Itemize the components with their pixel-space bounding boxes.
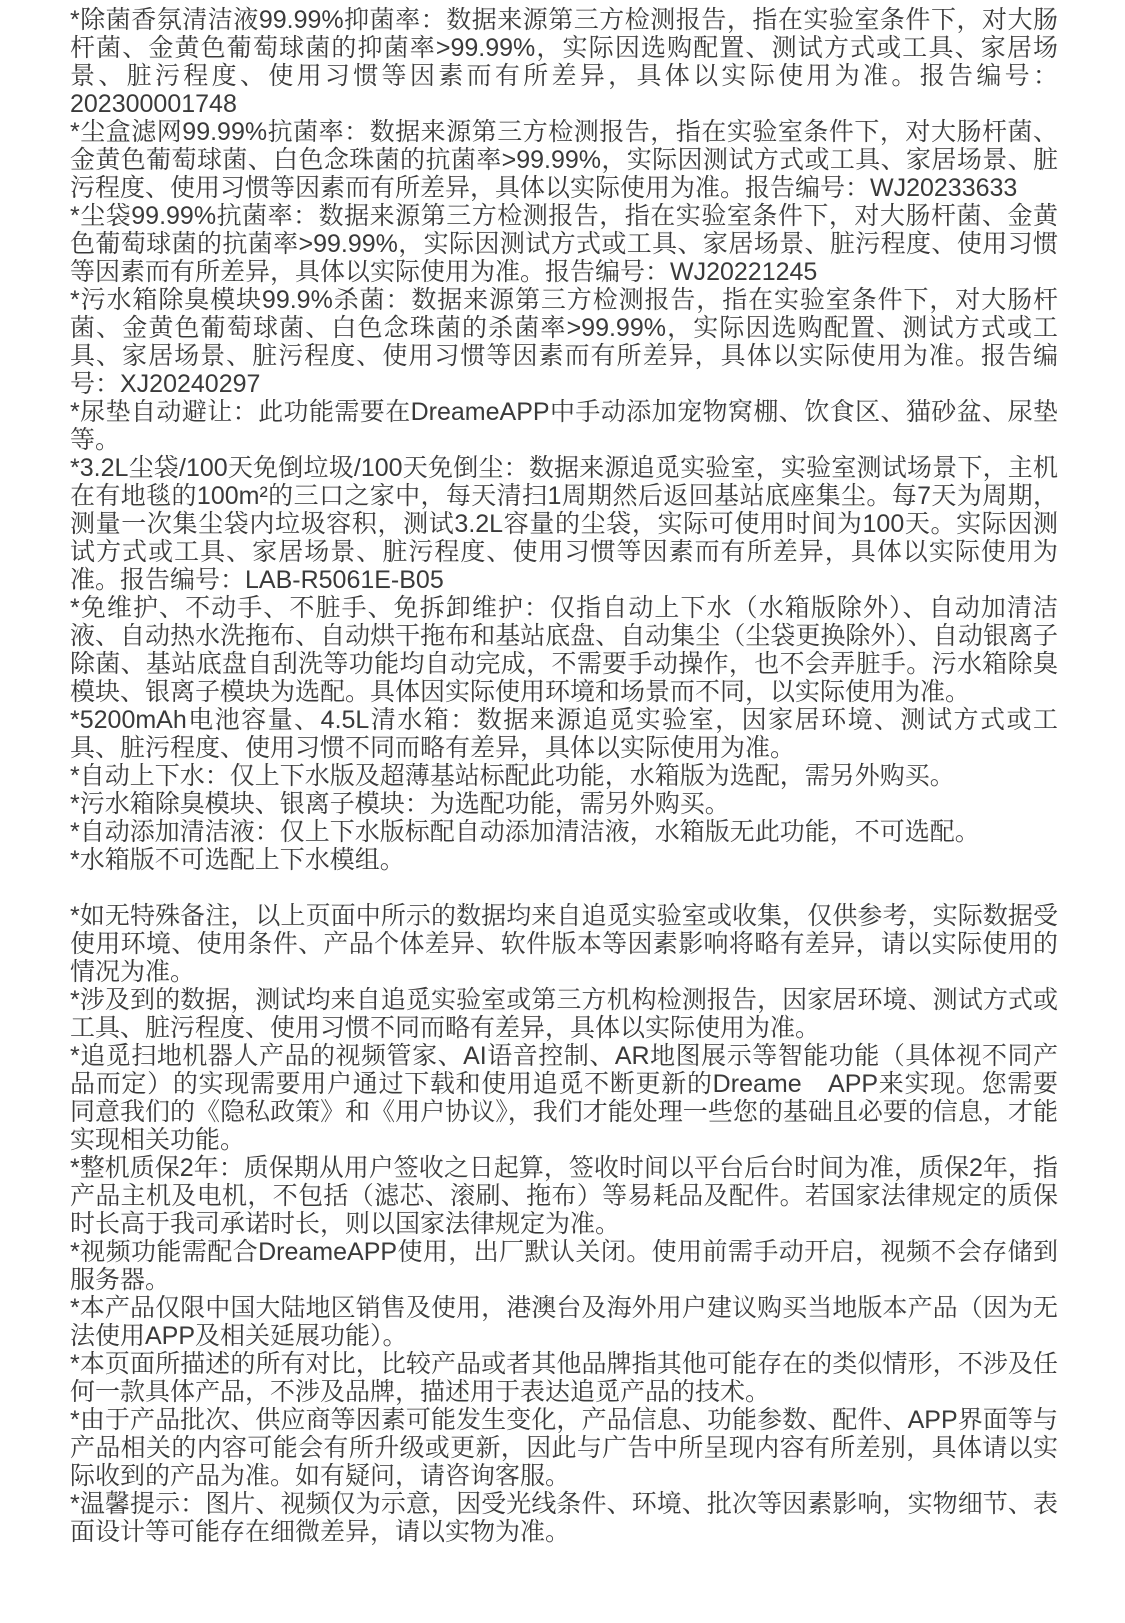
disclaimer-paragraph: *3.2L尘袋/100天免倒垃圾/100天免倒尘：数据来源追觅实验室，实验室测试… [70, 454, 1058, 594]
disclaimer-paragraph: *自动添加清洁液：仅上下水版标配自动添加清洁液，水箱版无此功能，不可选配。 [70, 818, 1058, 846]
disclaimer-section-product-claims: *除菌香氛清洁液99.99%抑菌率：数据来源第三方检测报告，指在实验室条件下，对… [70, 6, 1058, 874]
disclaimer-paragraph: *除菌香氛清洁液99.99%抑菌率：数据来源第三方检测报告，指在实验室条件下，对… [70, 6, 1058, 118]
disclaimer-paragraph: *自动上下水：仅上下水版及超薄基站标配此功能，水箱版为选配，需另外购买。 [70, 762, 1058, 790]
disclaimer-paragraph: *尿垫自动避让：此功能需要在DreameAPP中手动添加宠物窝棚、饮食区、猫砂盆… [70, 398, 1058, 454]
disclaimer-paragraph: *水箱版不可选配上下水模组。 [70, 846, 1058, 874]
disclaimer-paragraph: *追觅扫地机器人产品的视频管家、AI语音控制、AR地图展示等智能功能（具体视不同… [70, 1042, 1058, 1154]
disclaimer-paragraph: *涉及到的数据，测试均来自追觅实验室或第三方机构检测报告，因家居环境、测试方式或… [70, 986, 1058, 1042]
disclaimer-paragraph: *污水箱除臭模块、银离子模块：为选配功能，需另外购买。 [70, 790, 1058, 818]
disclaimer-paragraph: *尘袋99.99%抗菌率：数据来源第三方检测报告，指在实验室条件下，对大肠杆菌、… [70, 202, 1058, 286]
disclaimer-paragraph: *如无特殊备注，以上页面中所示的数据均来自追觅实验室或收集，仅供参考，实际数据受… [70, 902, 1058, 986]
disclaimer-paragraph: *本产品仅限中国大陆地区销售及使用，港澳台及海外用户建议购买当地版本产品（因为无… [70, 1294, 1058, 1350]
disclaimer-paragraph: *尘盒滤网99.99%抗菌率：数据来源第三方检测报告，指在实验室条件下，对大肠杆… [70, 118, 1058, 202]
disclaimer-section-general-notes: *如无特殊备注，以上页面中所示的数据均来自追觅实验室或收集，仅供参考，实际数据受… [70, 902, 1058, 1546]
disclaimer-paragraph: *污水箱除臭模块99.9%杀菌：数据来源第三方检测报告，指在实验室条件下，对大肠… [70, 286, 1058, 398]
disclaimer-text-block: *除菌香氛清洁液99.99%抑菌率：数据来源第三方检测报告，指在实验室条件下，对… [70, 6, 1058, 1546]
disclaimer-paragraph: *由于产品批次、供应商等因素可能发生变化，产品信息、功能参数、配件、APP界面等… [70, 1406, 1058, 1490]
disclaimer-paragraph: *免维护、不动手、不脏手、免拆卸维护：仅指自动上下水（水箱版除外）、自动加清洁液… [70, 594, 1058, 706]
disclaimer-paragraph: *温馨提示：图片、视频仅为示意，因受光线条件、环境、批次等因素影响，实物细节、表… [70, 1490, 1058, 1546]
disclaimer-paragraph: *5200mAh电池容量、4.5L清水箱：数据来源追觅实验室，因家居环境、测试方… [70, 706, 1058, 762]
disclaimer-paragraph: *本页面所描述的所有对比，比较产品或者其他品牌指其他可能存在的类似情形，不涉及任… [70, 1350, 1058, 1406]
disclaimer-paragraph: *整机质保2年：质保期从用户签收之日起算，签收时间以平台后台时间为准，质保2年，… [70, 1154, 1058, 1238]
disclaimer-paragraph: *视频功能需配合DreameAPP使用，出厂默认关闭。使用前需手动开启，视频不会… [70, 1238, 1058, 1294]
